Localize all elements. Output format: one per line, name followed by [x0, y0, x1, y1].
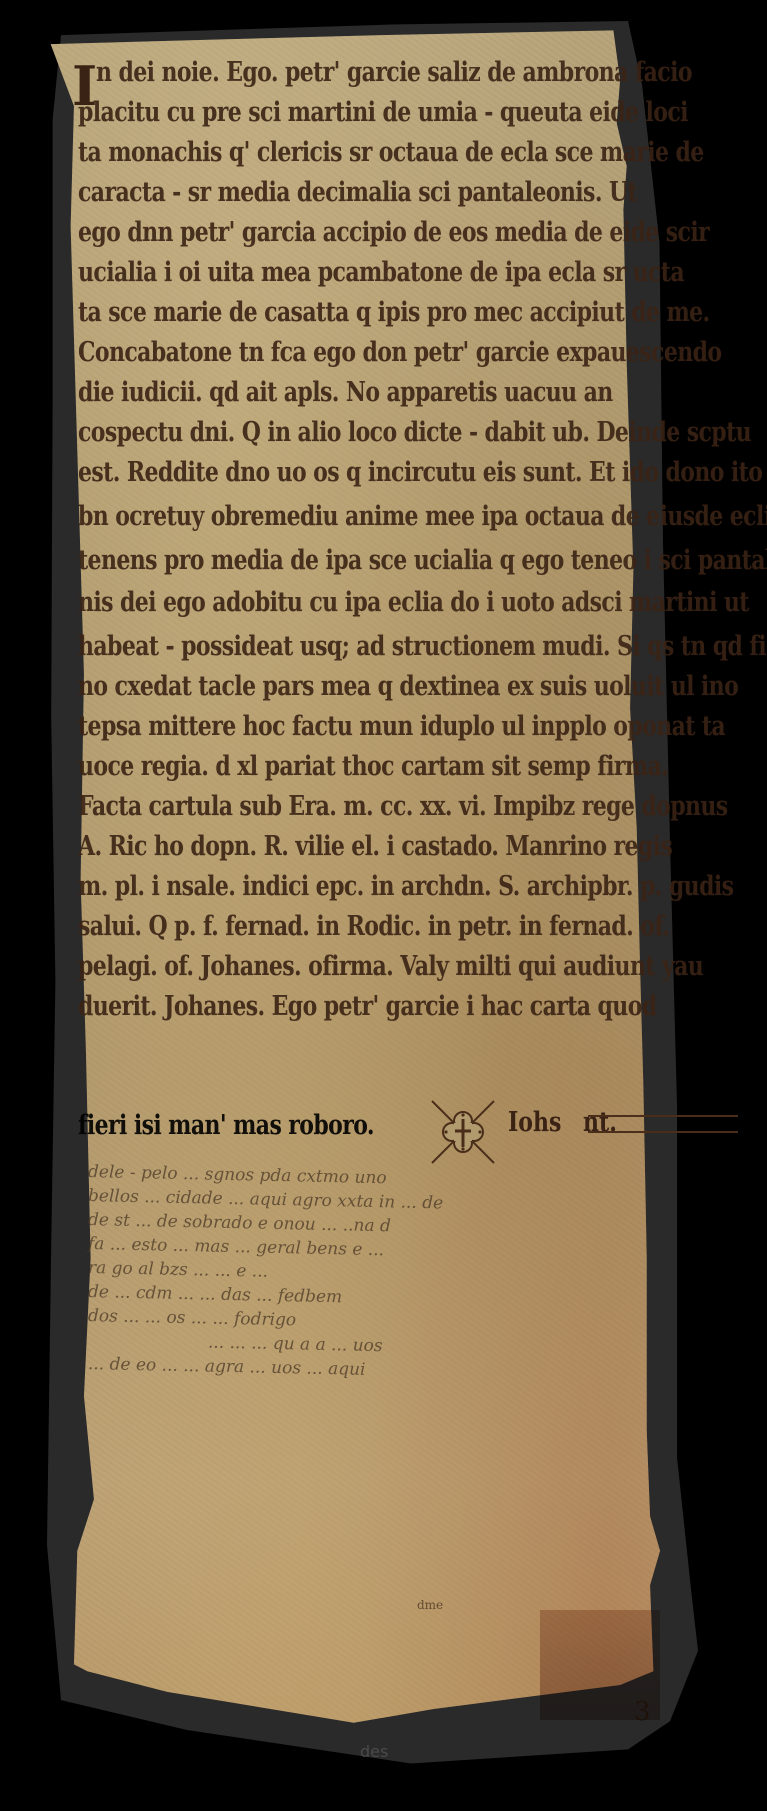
signature-rule — [588, 1115, 738, 1133]
text-line: fieri isi man' mas roboro. — [78, 1100, 374, 1150]
charter-text: n dei noie. Ego. petr' garcie saliz de a… — [78, 52, 658, 1026]
signature-row: fieri isi man' mas roboro. Iohs nt. — [78, 1105, 658, 1165]
text-line: bn ocretuy obremediu anime mee ipa octau… — [78, 491, 658, 541]
notarial-sign-icon — [428, 1097, 498, 1167]
marginal-notes: dele - pelo ... sgnos pda cxtmo uno bell… — [88, 1160, 608, 1376]
folio-number: 3 — [634, 1697, 651, 1727]
bottom-annotation: dme — [417, 1598, 443, 1612]
shadow-caption: des — [360, 1742, 388, 1761]
text-line: est. Reddite dno uo os q incircutu eis s… — [78, 447, 658, 497]
text-line: duerit. Johanes. Ego petr' garcie i hac … — [78, 981, 658, 1031]
text-line: nis dei ego adobitu cu ipa eclia do i uo… — [78, 577, 658, 627]
